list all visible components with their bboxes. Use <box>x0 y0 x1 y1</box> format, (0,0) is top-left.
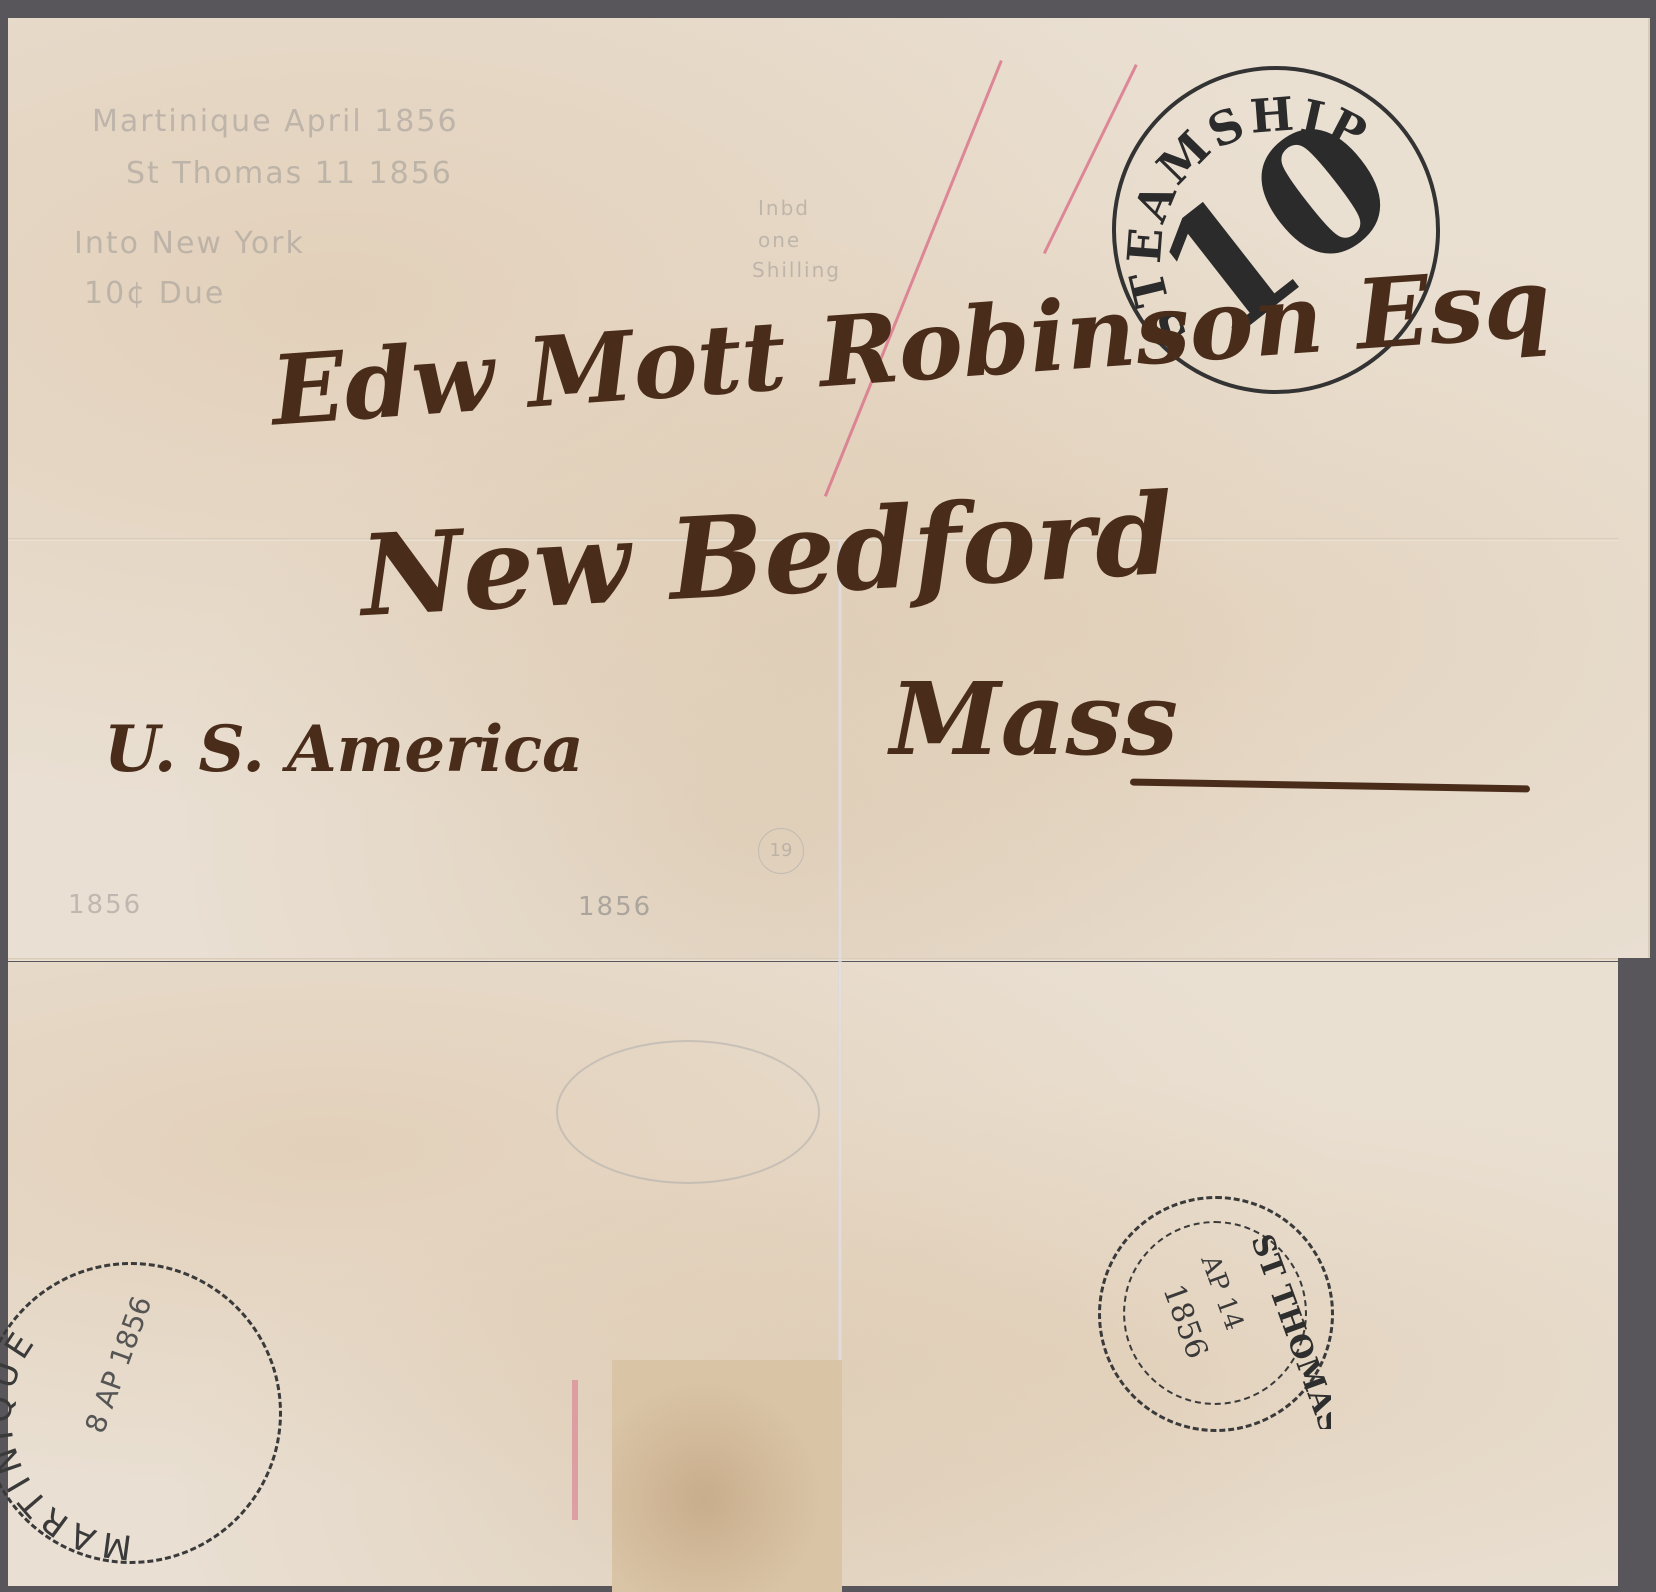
pencil-center-note-2: one <box>758 228 801 252</box>
pencil-center-note-1: Inbd <box>758 196 810 220</box>
svg-text:8 AP 1856: 8 AP 1856 <box>79 1292 159 1438</box>
pencil-circle-sketch <box>556 1040 820 1184</box>
svg-text:1856: 1856 <box>1155 1280 1214 1364</box>
pencil-note-line1: Martinique April 1856 <box>92 104 459 139</box>
addressee-country: U. S. America <box>104 712 584 787</box>
pencil-note-line2: St Thomas 11 1856 <box>126 156 453 191</box>
pencil-circled-number: 19 <box>758 828 804 874</box>
st-thomas-cancel: ST THOMAS AP 14 1856 <box>1098 1196 1334 1432</box>
horizontal-fold-lower <box>8 958 1618 961</box>
svg-text:ST THOMAS: ST THOMAS <box>1243 1230 1331 1429</box>
red-crayon-mark-bottom <box>572 1380 578 1520</box>
pencil-note-line4: 10¢ Due <box>84 276 225 311</box>
pencil-note-line3: Into New York <box>74 226 305 261</box>
addressee-state: Mass <box>890 660 1178 778</box>
torn-flap-area <box>612 1360 842 1592</box>
pencil-center-note-3: Shilling <box>752 258 841 282</box>
pencil-year-left: 1856 <box>68 890 142 920</box>
martinique-cancel: MARTINIQUE 8 AP 1856 <box>0 1262 282 1564</box>
pencil-year-center: 1856 <box>578 892 652 922</box>
